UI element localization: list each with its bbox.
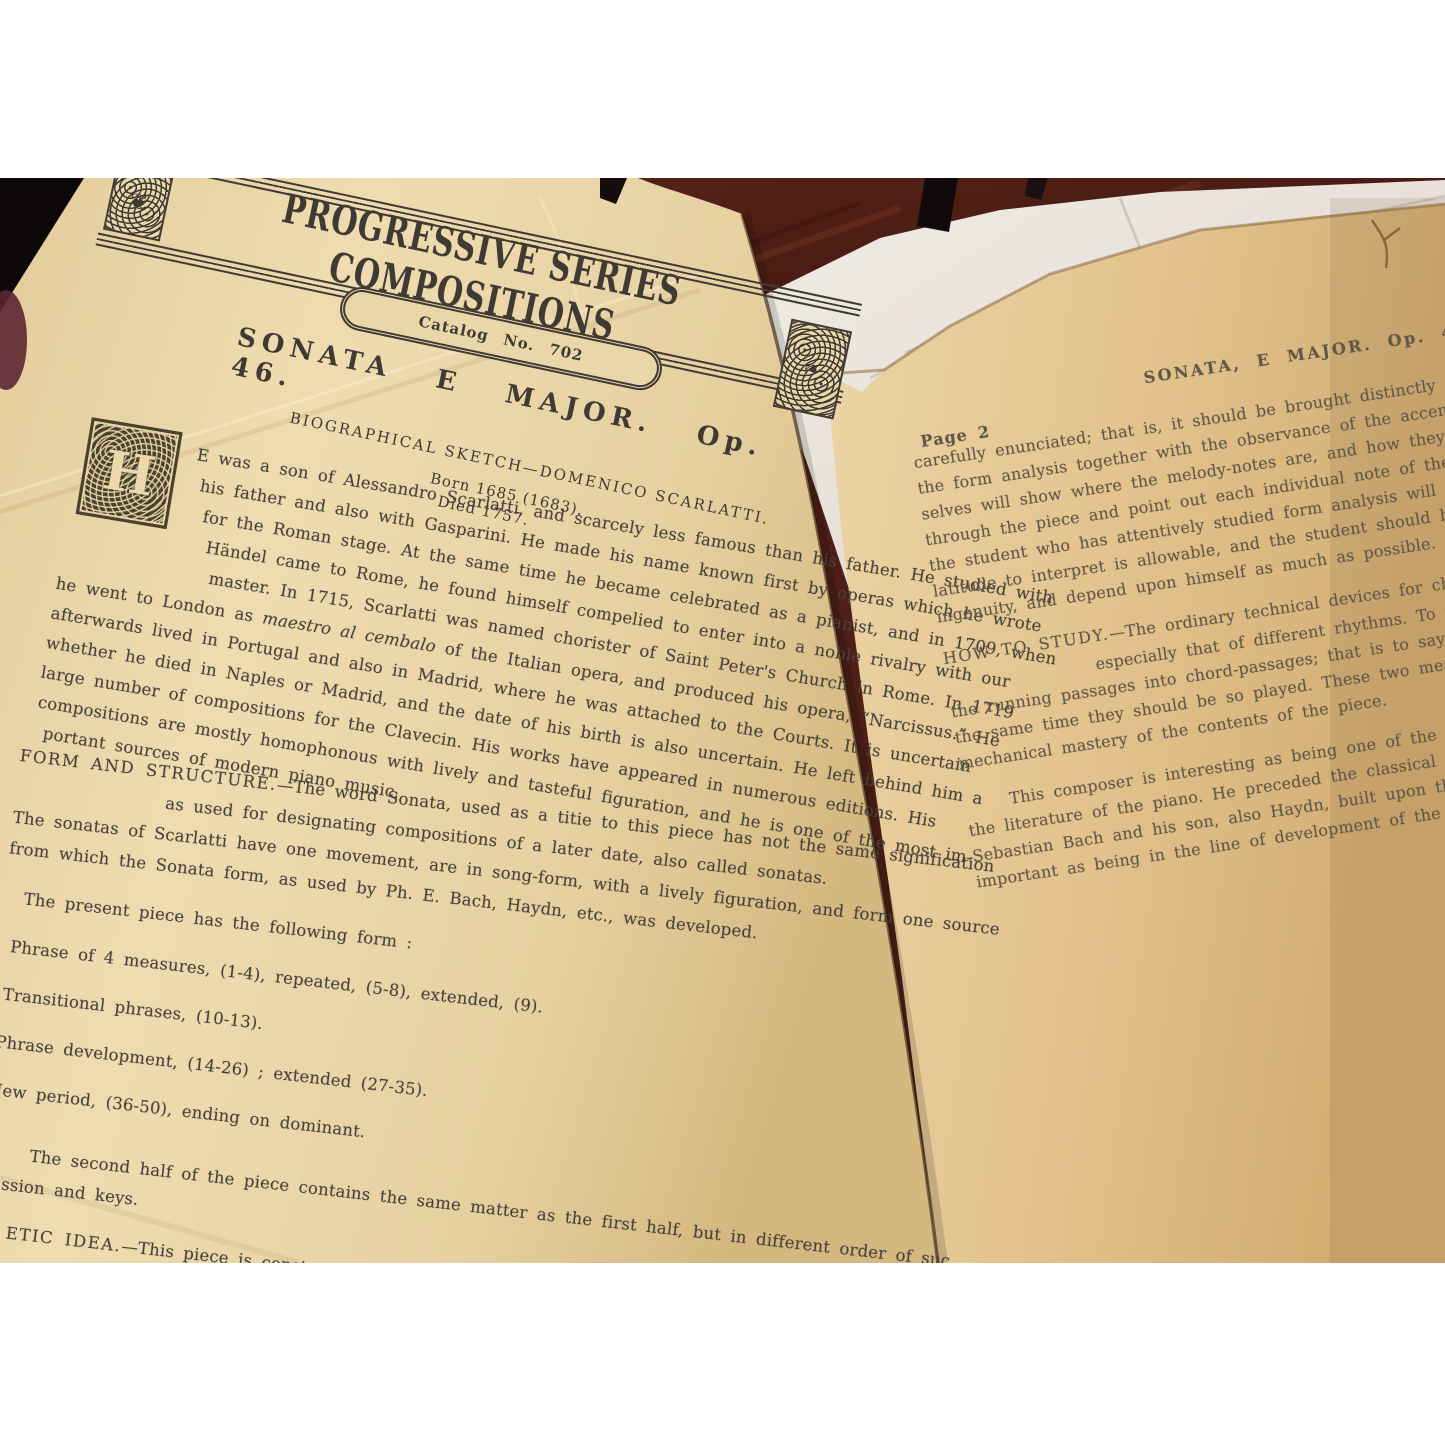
section-heading: HOW TO STUDY. — [942, 624, 1111, 668]
form-line-cut: ssion and keys. — [0, 1175, 139, 1210]
form-intro: The present piece has the following form… — [23, 889, 414, 952]
book-photo: ❦ PROGRESSIVE SERIES COMPOSITIONS ❧ Cata… — [0, 178, 1445, 1263]
letterbox-top — [0, 0, 1445, 178]
illuminated-initial: H — [76, 417, 183, 529]
form-item: New period, (36-50), ending on dominant. — [0, 1079, 367, 1141]
form-item: Transitional phrases, (10-13). — [2, 985, 264, 1034]
letterbox-bottom — [0, 1263, 1445, 1445]
section-heading: ETIC IDEA. — [5, 1223, 123, 1255]
